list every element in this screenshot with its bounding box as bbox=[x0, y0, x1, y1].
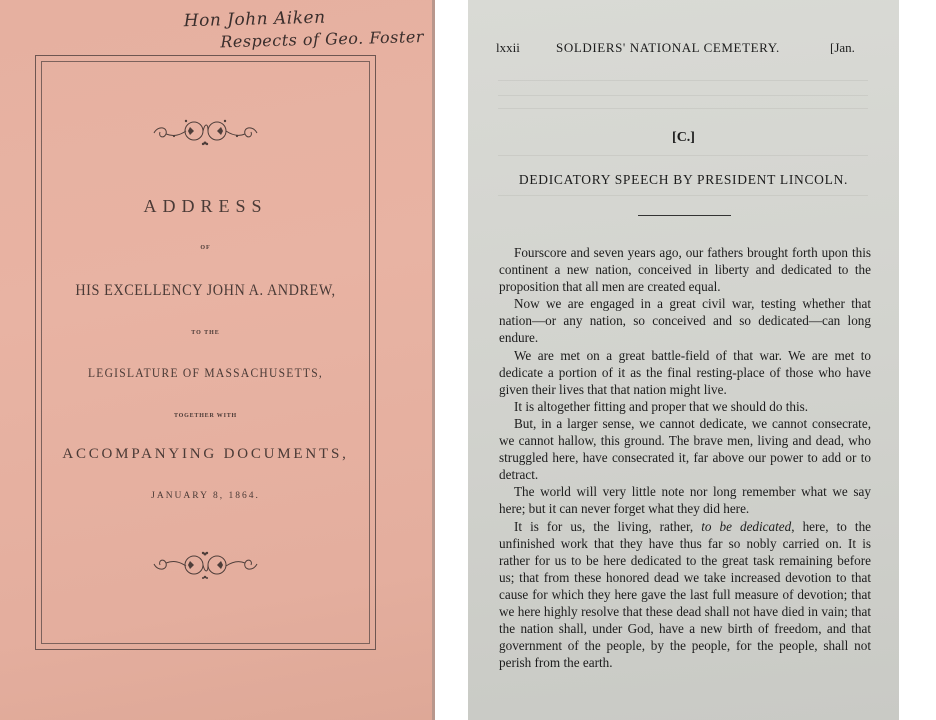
show-through-line bbox=[498, 80, 868, 81]
speech-paragraph: We are met on a great battle-field of th… bbox=[499, 347, 871, 398]
final-text-after: , here, to the unfinished work that they… bbox=[499, 519, 871, 671]
show-through-line bbox=[498, 155, 868, 156]
final-text-before: It is for us, the living, rather, bbox=[514, 519, 701, 534]
book-page: lxxii SOLDIERS' NATIONAL CEMETERY. [Jan.… bbox=[468, 0, 899, 720]
speech-paragraph: The world will very little note nor long… bbox=[499, 483, 871, 517]
cover-author: HIS EXCELLENCY JOHN A. ANDREW, bbox=[49, 282, 363, 300]
speech-body: Fourscore and seven years ago, our fathe… bbox=[499, 244, 871, 671]
running-head-title: SOLDIERS' NATIONAL CEMETERY. bbox=[556, 40, 780, 56]
show-through-line bbox=[498, 195, 868, 196]
show-through-line bbox=[498, 95, 868, 96]
section-label: [C.] bbox=[468, 130, 899, 146]
cover-to-the: TO THE bbox=[35, 330, 376, 336]
speech-paragraph: It is altogether fitting and proper that… bbox=[499, 398, 871, 415]
cover-subtitle: ACCOMPANYING DOCUMENTS, bbox=[35, 446, 376, 463]
speech-paragraph-final: It is for us, the living, rather, to be … bbox=[499, 518, 871, 672]
cover-title: ADDRESS bbox=[35, 196, 376, 217]
section-title: DEDICATORY SPEECH BY PRESIDENT LINCOLN. bbox=[468, 172, 899, 188]
scroll-ornament-icon bbox=[148, 550, 263, 580]
page-folio: lxxii bbox=[496, 40, 520, 56]
cover-of: OF bbox=[35, 245, 376, 251]
speech-paragraph: Fourscore and seven years ago, our fathe… bbox=[499, 244, 871, 295]
inscription-line-2: Respects of Geo. Foster bbox=[220, 27, 440, 52]
running-head: lxxii SOLDIERS' NATIONAL CEMETERY. [Jan. bbox=[468, 40, 899, 60]
speech-paragraph: Now we are engaged in a great civil war,… bbox=[499, 295, 871, 346]
cover-date: JANUARY 8, 1864. bbox=[35, 491, 376, 501]
pamphlet-cover: Hon John Aiken Respects of Geo. Foster A… bbox=[0, 0, 435, 720]
show-through-line bbox=[498, 108, 868, 109]
title-rule bbox=[638, 215, 731, 216]
final-text-emphasis: to be dedicated bbox=[701, 519, 791, 534]
speech-paragraph: But, in a larger sense, we cannot dedica… bbox=[499, 415, 871, 483]
scroll-ornament-icon bbox=[148, 117, 263, 147]
cover-recipient: LEGISLATURE OF MASSACHUSETTS, bbox=[49, 366, 363, 381]
cover-together-with: TOGETHER WITH bbox=[35, 413, 376, 419]
running-head-date: [Jan. bbox=[830, 40, 855, 56]
handwritten-inscription: Hon John Aiken Respects of Geo. Foster bbox=[180, 5, 441, 53]
